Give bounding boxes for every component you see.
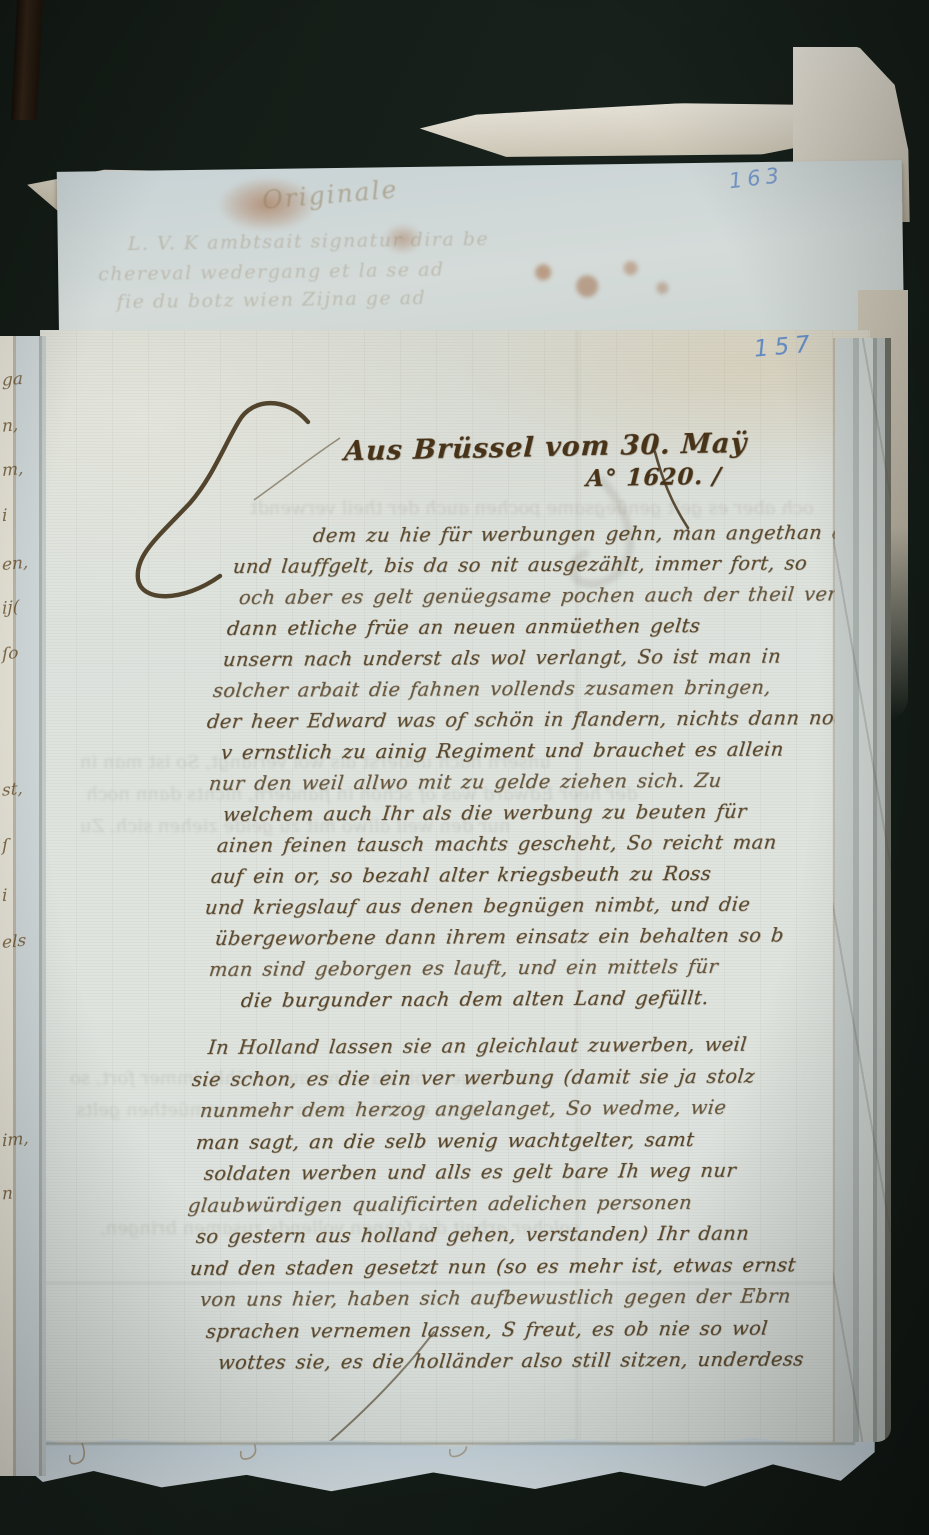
foxing-speckles <box>508 247 684 307</box>
margin-ink-fragment: en, <box>2 555 28 575</box>
letter-heading: Aus Brüssel vom 30. Maÿ <box>343 430 747 465</box>
handwritten-line: die burgunder nach dem alten Land gefüll… <box>240 988 710 1010</box>
handwritten-line: man sagt, an die selb wenig wachtgelter,… <box>195 1129 695 1152</box>
margin-ink-fragment: n, <box>2 417 18 436</box>
margin-ink-fragment: ſo <box>2 645 18 664</box>
letter-page: 157 och aber es gelt genüegsame pochen a… <box>40 330 870 1447</box>
margin-ink-fragment: ſ <box>2 838 8 856</box>
margin-ink-fragment: n <box>2 1185 13 1203</box>
handwritten-line: v ernstlich zu ainig Regiment und brauch… <box>220 740 785 763</box>
handwritten-line: der heer Edward was of schön in flandern… <box>206 708 859 731</box>
margin-ink-fragment: ij( <box>2 599 19 618</box>
handwritten-line: welchem auch Ihr als die werbung zu beut… <box>222 802 748 825</box>
cover-faint-line: fie du botz wien Zijna ge ad <box>116 289 426 312</box>
folio-number-back: 163 <box>728 165 785 192</box>
margin-ink-fragment: im, <box>2 1131 29 1151</box>
handwritten-line: sprachen vernemen lassen, S freut, es ob… <box>205 1318 769 1341</box>
cover-page: Originale L. V. K ambtsait signatur dira… <box>57 160 905 358</box>
handwritten-line: ainen feinen tausch machts gescheht, So … <box>216 833 778 856</box>
handwritten-line: übergeworbene dann ihrem einsatz ein beh… <box>214 926 785 949</box>
margin-ink-fragment: ga <box>2 371 23 390</box>
margin-ink-fragment: els <box>2 933 26 953</box>
margin-ink-fragment: st, <box>2 781 23 800</box>
margin-ink-fragment: i <box>2 888 7 906</box>
book-spine-edge <box>11 0 43 120</box>
handwritten-line: soldaten werben und alls es gelt bare Ih… <box>203 1161 737 1184</box>
handwritten-line: von uns hier, haben sich aufbewustlich g… <box>199 1286 792 1309</box>
margin-ink-fragment: i <box>2 508 7 526</box>
archival-manuscript-photo: Originale L. V. K ambtsait signatur dira… <box>0 0 929 1535</box>
handwritten-line: und den staden gesetzt nun (so es mehr i… <box>189 1255 797 1278</box>
handwritten-line: nunmehr dem herzog angelanget, So wedme,… <box>199 1098 727 1121</box>
handwritten-line: dann etliche früe an neuen anmüethen gel… <box>226 616 701 638</box>
letter-heading-year: A° 1620. / <box>585 465 722 490</box>
handwritten-line: wottes sie, es die holländer also still … <box>217 1349 805 1372</box>
handwritten-line: nur den weil allwo mit zu gelde ziehen s… <box>208 771 723 794</box>
handwritten-line: unsern nach underst als wol verlangt, So… <box>222 647 782 670</box>
underlying-page-edge: gan,m,ien,ij(ſost,ſielsim,n <box>0 336 46 1476</box>
handwritten-line: glaubwürdigen qualificirten adelichen pe… <box>187 1192 693 1215</box>
margin-ink-fragment: m, <box>2 461 23 480</box>
handwritten-line: man sind geborgen es lauft, und ein mitt… <box>208 957 719 980</box>
cover-faint-line: chereval wedergang et la se ad <box>98 261 445 285</box>
calligraphic-initial-flourish <box>40 330 870 1447</box>
sheet-bottom-edge <box>45 1442 855 1445</box>
handwritten-line: In Holland lassen sie an gleichlaut zuwe… <box>207 1035 748 1058</box>
handwritten-line: solcher arbait die fahnen vollends zusam… <box>212 678 772 701</box>
cover-faint-line: L. V. K ambtsait signatur dira be <box>128 230 490 254</box>
handwritten-line: och aber es gelt genüegsame pochen auch … <box>238 584 901 608</box>
handwritten-line: und kriegslauf aus denen begnügen nimbt,… <box>204 895 751 918</box>
handwritten-line: und lauffgelt, bis da so nit ausgezählt,… <box>232 553 808 576</box>
handwritten-line: so gestern aus holland gehen, verstanden… <box>195 1224 750 1247</box>
handwritten-line: auf ein or, so bezahl alter kriegsbeuth … <box>210 864 712 887</box>
handwritten-line: sie schon, es die ein ver werbung (damit… <box>191 1066 756 1089</box>
crumpled-page-edge <box>833 338 891 1442</box>
